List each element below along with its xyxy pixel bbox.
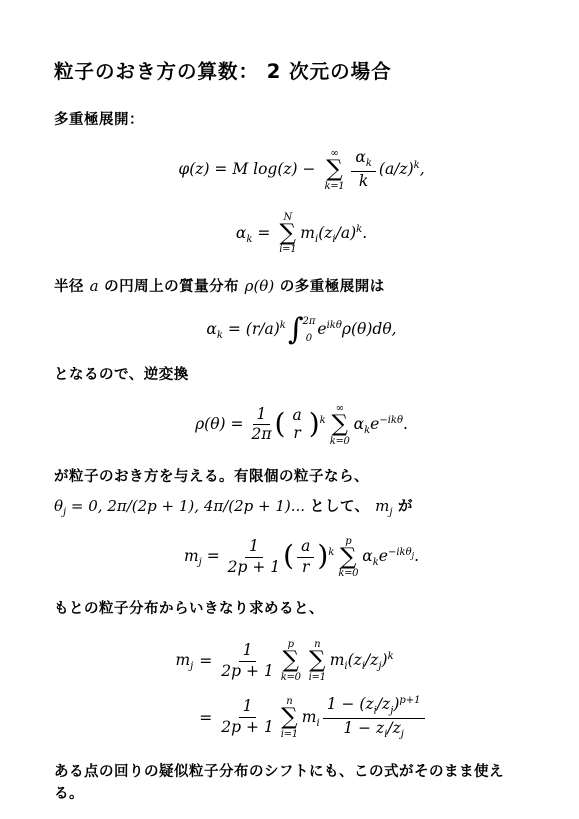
eq-alpha-lead: αk =: [236, 224, 275, 242]
sigma-operator: ∑: [326, 159, 342, 181]
sigma-operator: ∑: [281, 707, 297, 729]
summation: n∑i=1: [309, 639, 326, 683]
eqn-row1-tail: mi(zi/zj)k: [330, 651, 394, 669]
eqn-row2-rhs: 12p + 1n∑i=1mi1 − (zi/zj)p+11 − zi/zj: [218, 695, 427, 740]
equation-mj-direct: mj = 12p + 1p∑k=0n∑i=1mi(zi/zj)k = 12p +…: [54, 639, 549, 740]
eqn-row2-mi: mi: [302, 708, 320, 726]
paragraph-inverse: となるので、逆変換: [54, 365, 549, 387]
eq-mj-lead: mj =: [184, 547, 225, 565]
fraction: 12p + 1: [221, 642, 274, 681]
paragraph-direct: もとの粒子分布からいきなり求めると、: [54, 599, 549, 621]
eq-mj-tail: αke−ikθj.: [362, 547, 419, 565]
eqn-row1-rel: =: [199, 652, 212, 670]
eqn-row1-rhs: 12p + 1p∑k=0n∑i=1mi(zi/zj)k: [218, 639, 427, 683]
big-fraction: 1 − (zi/zj)p+11 − zi/zj: [323, 695, 425, 740]
eq-phi-lead: φ(z) = M log(z) −: [178, 160, 320, 178]
right-paren: ): [309, 407, 320, 440]
summation: p∑k=0: [338, 536, 358, 580]
paren-group: (ar)k: [275, 415, 326, 433]
paragraph-final: ある点の回りの疑似粒子分布のシフトにも、この式がそのまま使える。: [54, 762, 549, 806]
paragraph-multipole: 多重極展開：: [54, 110, 549, 132]
equation-rho-inverse: ρ(θ) = 12π(ar)k∞∑k=0αke−ikθ.: [54, 403, 549, 447]
paragraph-gives: が粒子のおき方を与える。有限個の粒子なら、: [54, 467, 549, 489]
sigma-operator: ∑: [280, 223, 296, 245]
eq-phi-tail: (a/z)k,: [379, 160, 425, 178]
right-paren: ): [317, 539, 328, 572]
eq-rho-tail: αke−ikθ.: [354, 415, 408, 433]
summation: p∑k=0: [281, 639, 301, 683]
sigma-operator: ∑: [331, 414, 347, 436]
math-var-a: a: [90, 277, 99, 295]
eq-int-lead: αk = (r/a)k: [206, 320, 285, 338]
sigma-operator: ∑: [340, 547, 356, 569]
summation: n∑i=1: [281, 696, 298, 740]
fraction: 12p + 1: [228, 538, 281, 577]
equation-alpha-sum: αk = N∑i=1mi(zi/a)k.: [54, 212, 549, 256]
left-paren: (: [275, 407, 286, 440]
eq-alpha-tail: mi(zi/a)k.: [300, 224, 367, 242]
equation-alpha-integral: αk = (r/a)k∫2π0eikθρ(θ)dθ,: [54, 315, 549, 345]
math-theta-seq: θj = 0, 2π/(2p + 1), 4π/(2p + 1)...: [54, 497, 310, 515]
eq-int-tail: eikθρ(θ)dθ,: [317, 320, 396, 338]
page-title: 粒子のおき方の算数： 2 次元の場合: [54, 56, 549, 84]
fraction: 12p + 1: [221, 698, 274, 737]
inner-fraction: ar: [297, 538, 314, 577]
eqn-row2-rel: =: [199, 709, 212, 727]
equation-phi: φ(z) = M log(z) − ∞∑k=1αkk(a/z)k,: [54, 148, 549, 192]
eq-rho-lead: ρ(θ) =: [195, 415, 248, 433]
paragraph-radius: 半径 a の円周上の質量分布 ρ(θ) の多重極展開は: [54, 275, 549, 299]
eqn-row1-lhs: mj: [175, 651, 193, 672]
fraction: αkk: [351, 149, 376, 190]
stacked-pair: ar: [288, 407, 305, 444]
math-var-mj: mj: [375, 497, 392, 515]
document-page: 粒子のおき方の算数： 2 次元の場合 多重極展開： φ(z) = M log(z…: [0, 0, 579, 819]
summation: N∑i=1: [279, 212, 296, 256]
sigma-operator: ∑: [282, 650, 298, 672]
summation: ∞∑k=1: [324, 148, 344, 192]
fraction: 12π: [251, 406, 271, 445]
left-paren: (: [283, 539, 294, 572]
paragraph-theta: θj = 0, 2π/(2p + 1), 4π/(2p + 1)... として、…: [54, 495, 549, 520]
equation-mj: mj = 12p + 1(ar)kp∑k=0αke−ikθj.: [54, 536, 549, 580]
sigma-operator: ∑: [309, 650, 325, 672]
summation: ∞∑k=0: [330, 403, 350, 447]
integral: ∫2π0: [288, 315, 316, 345]
paren-group: (ar)k: [283, 547, 334, 565]
math-var-rho: ρ(θ): [245, 277, 275, 295]
